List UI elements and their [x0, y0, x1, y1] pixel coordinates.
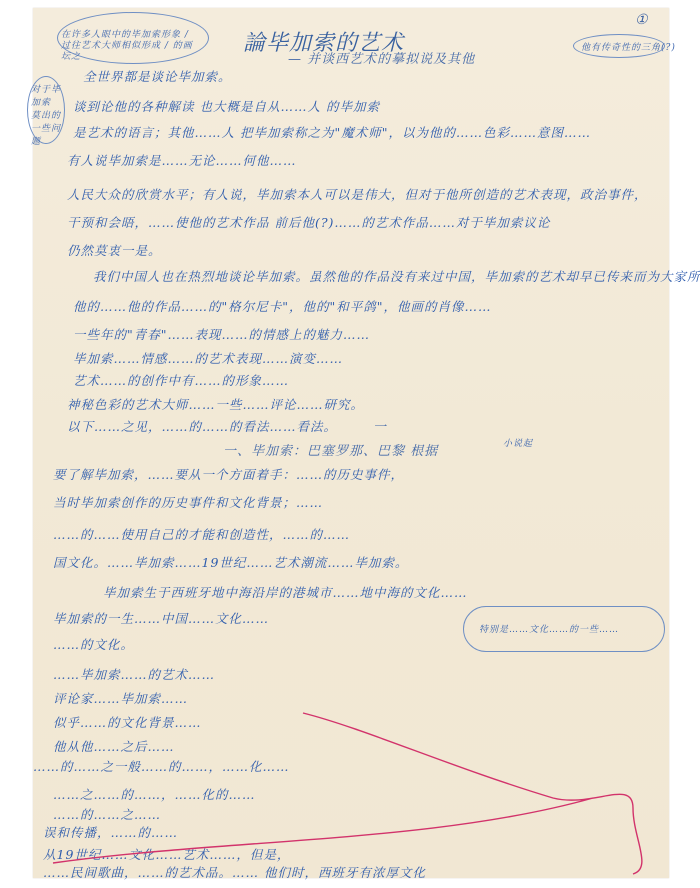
manuscript-page: 在许多人眼中的毕加索形象 / 过往艺术大师相似形成 / 的画坛之 論毕加索的艺术…	[33, 8, 669, 878]
red-correction-line	[33, 8, 669, 878]
